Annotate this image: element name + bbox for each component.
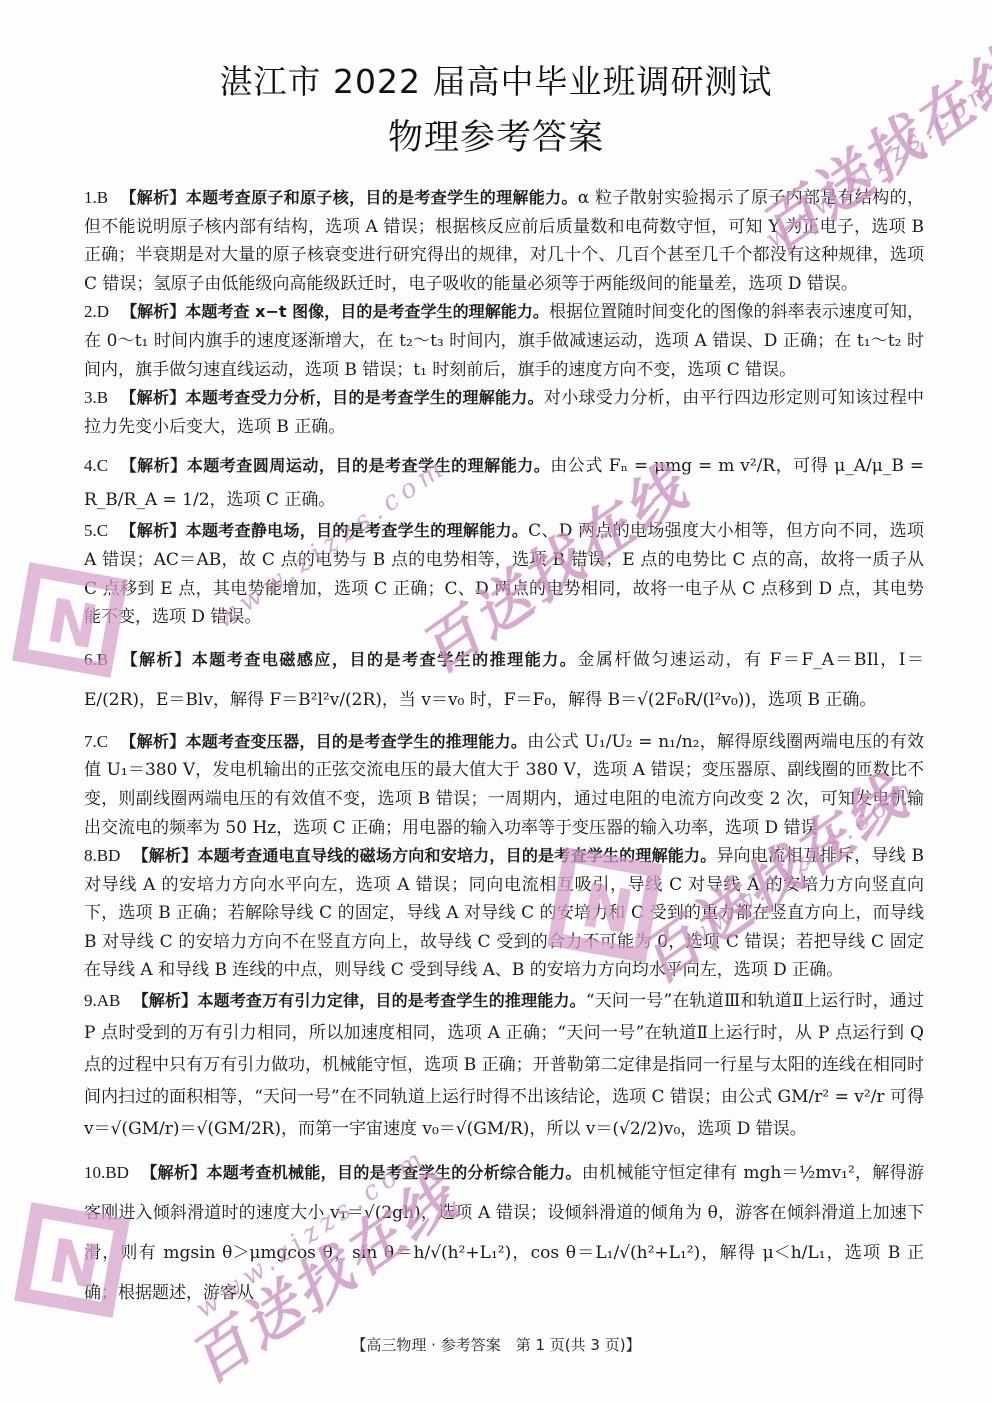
question-number: 9.	[84, 991, 97, 1010]
question-number: 2.	[84, 302, 97, 321]
analysis-lead: 本题考查原子和原子核，目的是考查学生的理解能力。	[186, 188, 578, 207]
answer-item-10: 10.BD【解析】本题考查机械能，目的是考查学生的分析综合能力。由机械能守恒定律…	[84, 1153, 924, 1313]
question-number: 4.	[84, 456, 97, 475]
answer-item-5: 5.C【解析】本题考查静电场，目的是考查学生的理解能力。C、D 两点的电场强度大…	[84, 517, 924, 631]
analysis-tag: 【解析】	[120, 388, 185, 407]
answer-choice: BD	[105, 1163, 129, 1182]
answer-choice: AB	[97, 991, 121, 1010]
analysis-tag: 【解析】	[120, 650, 192, 669]
document-page: 湛江市 2022 届高中毕业班调研测试 物理参考答案 1.B【解析】本题考查原子…	[0, 0, 992, 1403]
analysis-lead: 本题考查变压器，目的是考查学生的推理能力。	[185, 732, 527, 751]
answer-choice: C	[97, 732, 108, 751]
analysis-tag: 【解析】	[132, 991, 197, 1010]
analysis-tag: 【解析】	[132, 846, 197, 865]
question-number: 7.	[84, 732, 97, 751]
analysis-lead: 本题考查万有引力定律，目的是考查学生的推理能力。	[197, 991, 586, 1010]
answer-item-6: 6.B【解析】本题考查电磁感应，目的是考查学生的推理能力。金属杆做匀速运动，有 …	[84, 640, 924, 720]
page-footer: 【高三物理 · 参考答案 第 1 页(共 3 页)】	[0, 1334, 992, 1355]
analysis-lead: 本题考查圆周运动，目的是考查学生的理解能力。	[187, 456, 551, 475]
watermark-logo-icon: N	[12, 562, 128, 678]
watermark-logo-icon: N	[14, 1202, 130, 1318]
answer-item-3: 3.B【解析】本题考查受力分析，目的是考查学生的理解能力。对小球受力分析，由平行…	[84, 384, 924, 441]
analysis-body: 异向电流相互排斥，导线 B 对导线 A 的安培力方向水平向左，选项 A 错误；同…	[84, 846, 924, 980]
analysis-body: “天问一号”在轨道Ⅲ和轨道Ⅱ上运行时，通过 P 点时受到的万有引力相同，所以加速…	[84, 991, 924, 1139]
analysis-lead: 本题考查静电场，目的是考查学生的理解能力。	[186, 521, 529, 540]
question-number: 8.	[84, 846, 97, 865]
answer-choice: B	[97, 388, 108, 407]
analysis-tag: 【解析】	[120, 732, 185, 751]
answer-item-9: 9.AB【解析】本题考查万有引力定律，目的是考查学生的推理能力。“天问一号”在轨…	[84, 985, 924, 1145]
answer-item-7: 7.C【解析】本题考查变压器，目的是考查学生的推理能力。由公式 U₁/U₂ = …	[84, 728, 924, 842]
analysis-tag: 【解析】	[120, 456, 187, 475]
answer-choice: B	[97, 188, 108, 207]
answer-choice: BD	[97, 846, 121, 865]
analysis-body: 由机械能守恒定律有 mgh＝½mv₁²，解得游客刚进入倾斜滑道时的速度大小 v₁…	[84, 1163, 924, 1303]
watermark-logo-icon: N	[547, 847, 663, 963]
answer-list: 1.B【解析】本题考查原子和原子核，目的是考查学生的理解能力。α 粒子散射实验揭…	[84, 184, 924, 1313]
question-number: 1.	[84, 188, 97, 207]
answer-choice: C	[97, 521, 108, 540]
answer-choice: D	[97, 302, 109, 321]
analysis-lead: 本题考查电磁感应，目的是考查学生的推理能力。	[192, 650, 578, 669]
answer-item-4: 4.C【解析】本题考查圆周运动，目的是考查学生的理解能力。由公式 Fₙ = μm…	[84, 449, 924, 517]
document-subtitle: 物理参考答案	[0, 110, 992, 160]
document-title: 湛江市 2022 届高中毕业班调研测试	[0, 56, 992, 103]
analysis-lead: 本题考查机械能，目的是考查学生的分析综合能力。	[206, 1163, 581, 1182]
analysis-lead: 本题考查受力分析，目的是考查学生的理解能力。	[186, 388, 544, 407]
question-number: 3.	[84, 388, 97, 407]
analysis-tag: 【解析】	[120, 521, 186, 540]
analysis-lead: 本题考查 x−t 图像，目的是考查学生的理解能力。	[185, 302, 549, 321]
question-number: 5.	[84, 521, 97, 540]
answer-item-8: 8.BD【解析】本题考查通电直导线的磁场方向和安培力，目的是考查学生的理解能力。…	[84, 842, 924, 985]
question-number: 10.	[84, 1163, 105, 1182]
analysis-tag: 【解析】	[121, 302, 185, 321]
analysis-tag: 【解析】	[120, 188, 186, 207]
answer-item-2: 2.D【解析】本题考查 x−t 图像，目的是考查学生的理解能力。根据位置随时间变…	[84, 298, 924, 384]
analysis-tag: 【解析】	[141, 1163, 207, 1182]
answer-choice: C	[97, 456, 108, 475]
answer-item-1: 1.B【解析】本题考查原子和原子核，目的是考查学生的理解能力。α 粒子散射实验揭…	[84, 184, 924, 298]
